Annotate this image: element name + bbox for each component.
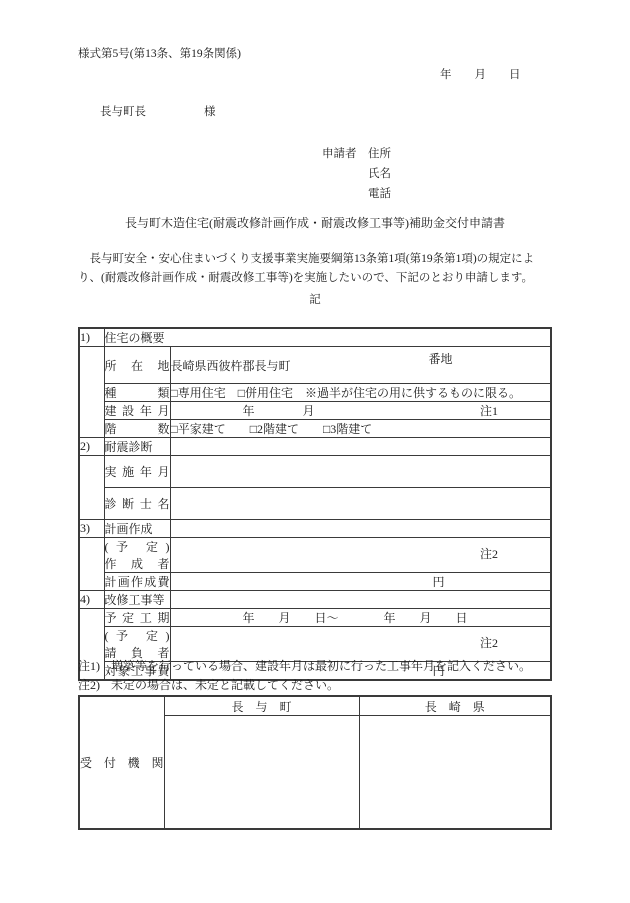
plan-maker-label: (予 定) 作 成 者 xyxy=(104,538,170,573)
section3-number-span xyxy=(79,538,104,591)
footnotes: 注1) 増築等を行っている場合、建設年月は最初に行った工事年月を記入ください。 … xyxy=(78,657,531,695)
section2-header-empty xyxy=(170,438,551,456)
section2-number: 2) xyxy=(79,438,104,456)
document-title: 長与町木造住宅(耐震改修計画作成・耐震改修工事等)補助金交付申請書 xyxy=(0,214,630,231)
plan-cost-unit: 円 xyxy=(433,575,445,589)
form-number: 様式第5号(第13条、第19条関係) xyxy=(78,45,241,61)
built-date-note-ref: 注1 xyxy=(480,402,498,419)
diagnostician-label: 診 断 士 名 xyxy=(104,488,170,520)
location-banchi-label: 番地 xyxy=(429,350,453,367)
section1-number-span xyxy=(79,347,104,438)
diagnostician-value xyxy=(170,488,551,520)
plan-maker-label-line1: (予 定) xyxy=(105,538,170,555)
section3-header-empty xyxy=(170,520,551,538)
date-line: 年 月 日 xyxy=(440,66,521,82)
applicant-phone-label: 電話 xyxy=(368,184,391,204)
reception-town-cell xyxy=(164,716,359,830)
ki-marker: 記 xyxy=(0,291,630,307)
section4-title: 改修工事等 xyxy=(104,591,170,609)
section2-title: 耐震診断 xyxy=(104,438,170,456)
addressee-row: 長与町長 様 xyxy=(100,103,216,119)
implementation-date-value xyxy=(170,456,551,488)
plan-maker-label-line2: 作 成 者 xyxy=(105,555,170,572)
footnote1-text: 増築等を行っている場合、建設年月は最初に行った工事年月を記入ください。 xyxy=(111,657,531,676)
location-value-cell: 長崎県西彼杵郡長与町 番地 xyxy=(170,347,551,384)
section4-number: 4) xyxy=(79,591,104,609)
contractor-label-line1: (予 定) xyxy=(105,627,170,644)
applicant-block: 申請者 住所 氏名 電話 xyxy=(322,144,391,204)
contractor-note-ref: 注2 xyxy=(480,634,498,651)
floors-options: □平家建て □2階建て □3階建て xyxy=(170,420,551,438)
body-paragraph: 長与町安全・安心住まいづくり支援事業実施要綱第13条第1項(第19条第1項)の規… xyxy=(78,250,552,288)
body-line-1: 長与町安全・安心住まいづくり支援事業実施要綱第13条第1項(第19条第1項)の規… xyxy=(78,250,552,269)
location-prefill: 長崎県西彼杵郡長与町 xyxy=(171,359,291,373)
floors-label: 階 数 xyxy=(104,420,170,438)
reception-pref-header: 長 崎 県 xyxy=(359,696,551,716)
plan-cost-label: 計画作成費 xyxy=(104,573,170,591)
plan-maker-note-ref: 注2 xyxy=(480,545,498,562)
work-period-to: 年 月 日 xyxy=(384,609,468,626)
built-date-label: 建 設 年 月 xyxy=(104,402,170,420)
plan-maker-cell: 注2 xyxy=(170,538,551,573)
type-options: □専用住宅 □併用住宅 ※過半が住宅の用に供するものに限る。 xyxy=(170,384,551,402)
applicant-address-label: 住所 xyxy=(368,144,391,164)
work-period-from: 年 月 日～ xyxy=(243,609,339,626)
implementation-date-label: 実 施 年 月 xyxy=(104,456,170,488)
reception-town-header: 長 与 町 xyxy=(164,696,359,716)
work-period-cell: 年 月 日～ 年 月 日 xyxy=(170,609,551,627)
plan-cost-cell: 円 xyxy=(170,573,551,591)
location-label: 所 在 地 xyxy=(104,347,170,384)
applicant-label: 申請者 xyxy=(322,144,368,164)
built-date-placeholder: 年 月 xyxy=(243,402,315,419)
addressee-honorific: 様 xyxy=(204,103,216,119)
addressee: 長与町長 xyxy=(100,103,146,119)
reception-table: 受 付 機 関 長 与 町 長 崎 県 xyxy=(78,695,552,830)
section1-title: 住宅の概要 xyxy=(104,328,551,347)
reception-pref-cell xyxy=(359,716,551,830)
main-application-table: 1) 住宅の概要 所 在 地 長崎県西彼杵郡長与町 番地 種 類 □専用住宅 □… xyxy=(78,327,552,681)
applicant-name-label: 氏名 xyxy=(368,164,391,184)
section1-number: 1) xyxy=(79,328,104,347)
work-period-label: 予 定 工 期 xyxy=(104,609,170,627)
section2-number-span xyxy=(79,456,104,520)
footnote1-label: 注1) xyxy=(78,657,111,676)
section3-title: 計画作成 xyxy=(104,520,170,538)
type-label: 種 類 xyxy=(104,384,170,402)
section3-number: 3) xyxy=(79,520,104,538)
reception-label: 受 付 機 関 xyxy=(79,696,164,829)
section4-header-empty xyxy=(170,591,551,609)
footnote2-text: 未定の場合は、未定と記載してください。 xyxy=(111,676,339,695)
footnote2-label: 注2) xyxy=(78,676,111,695)
body-line-2: り、(耐震改修計画作成・耐震改修工事等)を実施したいので、下記のとおり申請します… xyxy=(78,269,552,288)
built-date-cell: 年 月 注1 xyxy=(170,402,551,420)
